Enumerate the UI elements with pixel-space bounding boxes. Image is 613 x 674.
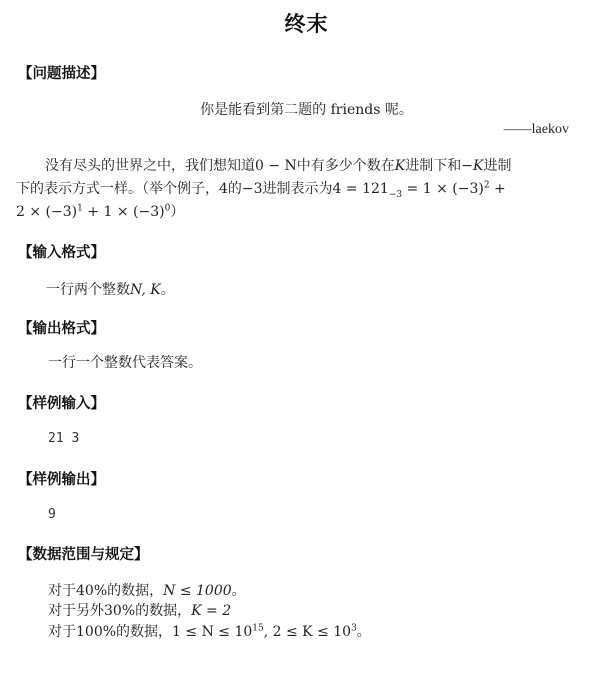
section-heading-output-format: 【输出格式】: [18, 317, 105, 338]
constraint-item-1: 对于40%的数据，N ≤ 1000。: [48, 582, 246, 600]
text-span: 进制下和: [405, 158, 461, 174]
section-heading-sample-output: 【样例输出】: [18, 468, 105, 489]
text-span: 下的表示方式一样。（举个例子，4的: [16, 181, 242, 197]
section-heading-sample-input: 【样例输入】: [18, 392, 105, 413]
epigraph-quote: 你是能看到第二题的 friends 呢。: [0, 99, 613, 119]
math-range: 0 − N: [255, 158, 297, 174]
text-span: 进制表示为: [263, 181, 333, 197]
text-span: 进制: [483, 158, 511, 174]
page-title: 终末: [0, 8, 613, 38]
text-span: ）: [170, 204, 184, 220]
constraint-item-3: 对于100%的数据，1 ≤ N ≤ 1015, 2 ≤ K ≤ 103。: [48, 623, 371, 641]
math-neg-k: −K: [461, 158, 483, 174]
math-example: 4 = 121−3 = 1 × (−3)2 +: [333, 181, 506, 197]
description-line-1: 没有尽头的世界之中，我们想知道0 − N中有多少个数在K进制下和−K进制: [16, 155, 576, 178]
sample-output-value: 9: [48, 507, 56, 522]
description-line-3: 2 × (−3)1 + 1 × (−3)0）: [16, 201, 576, 224]
section-heading-input-format: 【输入格式】: [18, 241, 105, 262]
input-format-text: 一行两个整数N, K。: [46, 279, 175, 301]
math-n-k: N, K: [130, 282, 161, 298]
description-line-2: 下的表示方式一样。（举个例子，4的−3进制表示为4 = 121−3 = 1 × …: [16, 178, 576, 201]
section-heading-description: 【问题描述】: [18, 62, 105, 83]
text-span: 没有尽头的世界之中，我们想知道: [45, 158, 255, 174]
output-format-text: 一行一个整数代表答案。: [48, 352, 202, 374]
text-span: 中有多少个数在: [297, 158, 395, 174]
problem-description-paragraph: 没有尽头的世界之中，我们想知道0 − N中有多少个数在K进制下和−K进制 下的表…: [16, 155, 576, 224]
section-heading-constraints: 【数据范围与规定】: [18, 543, 149, 564]
constraint-item-2: 对于另外30%的数据，K = 2: [48, 602, 231, 620]
math-example-cont: 2 × (−3)1 + 1 × (−3)0: [16, 204, 170, 220]
sample-input-value: 21 3: [48, 431, 79, 446]
math-k: K: [395, 158, 405, 174]
epigraph-signature: ——laekov: [504, 122, 569, 138]
math-neg-3: −3: [242, 181, 263, 197]
